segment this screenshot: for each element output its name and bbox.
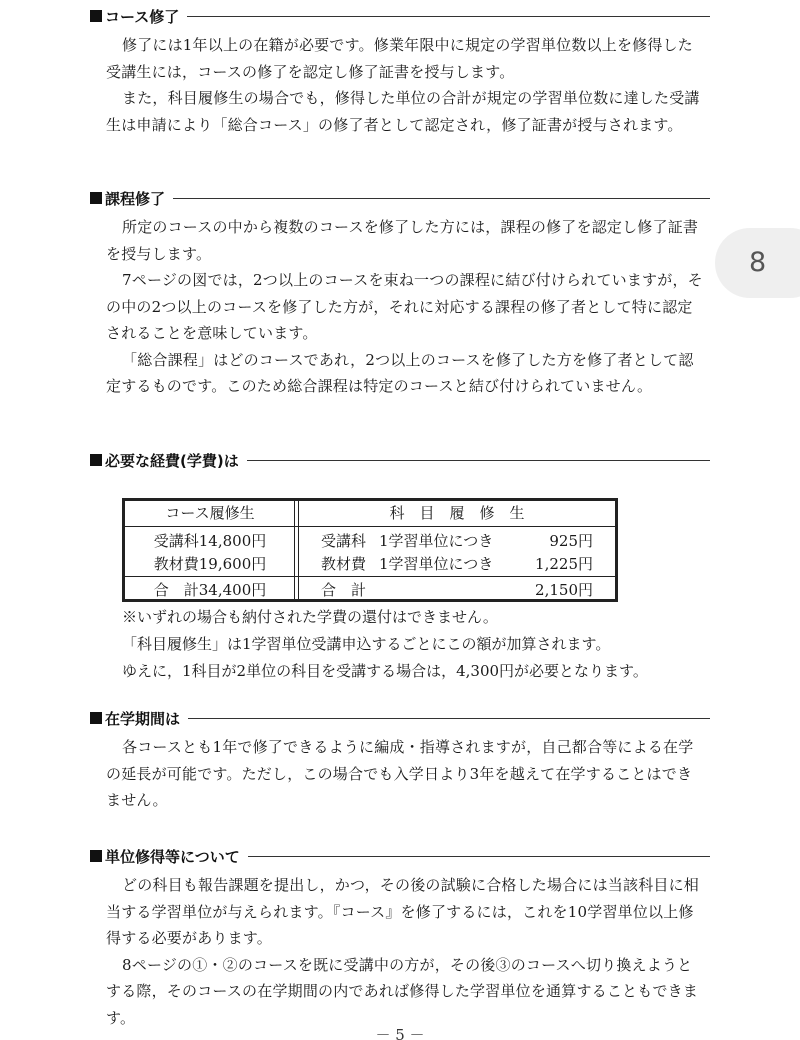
heading-text: 単位修得等について — [105, 846, 240, 867]
square-bullet-icon — [90, 192, 102, 204]
fee-notes: ※いずれの場合も納付された学費の還付はできません。 「科目履修生」は1学習単位受… — [122, 604, 722, 685]
square-bullet-icon — [90, 454, 102, 466]
heading-rule — [187, 16, 710, 17]
subject-total-label: 合 計 — [321, 578, 366, 602]
section-course-completion: コース修了 修了には1年以上の在籍が必要です。修業年限中に規定の学習単位数以上を… — [90, 6, 710, 138]
section-fees: 必要な経費(学費)は — [90, 450, 710, 470]
section-heading: 課程修了 — [90, 188, 710, 208]
paragraph: 8ページの①・②のコースを既に受講中の方が，その後③のコースへ切り換えようとする… — [90, 952, 706, 1032]
subject-tuition-amount: 925円 — [549, 529, 593, 553]
section-heading: 単位修得等について — [90, 846, 710, 866]
subject-student-column: 科 目 履 修 生 受講科 1学習単位につき 925円 教材費 1学習単位につき… — [299, 501, 615, 599]
course-total: 合 計34,400円 — [125, 578, 295, 602]
paragraph: また，科目履修生の場合でも，修得した単位の合計が規定の学習単位数に達した受講生は… — [90, 85, 706, 138]
page-indicator-badge[interactable]: 8 — [715, 228, 800, 298]
column-header: コース履修生 — [125, 501, 295, 525]
paragraph: 「総合課程」はどのコースであれ，2つ以上のコースを修了した方を修了者として認定す… — [90, 347, 706, 400]
subject-materials-amount: 1,225円 — [535, 552, 593, 576]
heading-text: 課程修了 — [105, 188, 165, 209]
section-heading: 必要な経費(学費)は — [90, 450, 710, 470]
column-header: 科 目 履 修 生 — [299, 501, 615, 525]
course-student-column: コース履修生 受講科14,800円 教材費19,600円 合 計34,400円 — [125, 501, 295, 599]
paragraph: 7ページの図では，2つ以上のコースを束ね一つの課程に結び付けられていますが，その… — [90, 267, 706, 347]
section-enrollment-period: 在学期間は 各コースとも1年で修了できるように編成・指導されますが，自己都合等に… — [90, 708, 710, 814]
paragraph: 各コースとも1年で修了できるように編成・指導されますが，自己都合等による在学の延… — [90, 734, 706, 814]
note-line: 「科目履修生」は1学習単位受講申込するごとにこの額が加算されます。 — [122, 631, 722, 658]
subject-tuition-label: 受講科 — [321, 529, 366, 553]
course-tuition: 受講科14,800円 — [125, 529, 295, 553]
note-line: ※いずれの場合も納付された学費の還付はできません。 — [122, 604, 722, 631]
square-bullet-icon — [90, 712, 102, 724]
heading-text: 必要な経費(学費)は — [105, 450, 239, 471]
heading-rule — [248, 856, 710, 857]
section-heading: コース修了 — [90, 6, 710, 26]
section-program-completion: 課程修了 所定のコースの中から複数のコースを修了した方には，課程の修了を認定し修… — [90, 188, 710, 400]
heading-text: コース修了 — [105, 6, 179, 27]
course-materials: 教材費19,600円 — [125, 552, 295, 576]
note-line: ゆえに，1科目が2単位の科目を受講する場合は，4,300円が必要となります。 — [122, 658, 722, 685]
page-number: － 5 － — [0, 1024, 800, 1040]
paragraph: どの科目も報告課題を提出し，かつ，その後の試験に合格した場合には当該科目に相当す… — [90, 872, 706, 952]
subject-total-amount: 2,150円 — [535, 578, 593, 602]
section-heading: 在学期間は — [90, 708, 710, 728]
paragraph: 修了には1年以上の在籍が必要です。修業年限中に規定の学習単位数以上を修得した受講… — [90, 32, 706, 85]
subject-materials-unit: 1学習単位につき — [379, 552, 493, 576]
subject-materials-label: 教材費 — [321, 552, 366, 576]
heading-rule — [247, 460, 710, 461]
fees-table: コース履修生 受講科14,800円 教材費19,600円 合 計34,400円 … — [122, 498, 618, 602]
subject-tuition-unit: 1学習単位につき — [379, 529, 493, 553]
square-bullet-icon — [90, 850, 102, 862]
document-page: コース修了 修了には1年以上の在籍が必要です。修業年限中に規定の学習単位数以上を… — [0, 0, 800, 1040]
heading-rule — [188, 718, 710, 719]
section-credits: 単位修得等について どの科目も報告課題を提出し，かつ，その後の試験に合格した場合… — [90, 846, 710, 1031]
heading-text: 在学期間は — [105, 708, 180, 729]
heading-rule — [173, 198, 710, 199]
square-bullet-icon — [90, 10, 102, 22]
paragraph: 所定のコースの中から複数のコースを修了した方には，課程の修了を認定し修了証書を授… — [90, 214, 706, 267]
